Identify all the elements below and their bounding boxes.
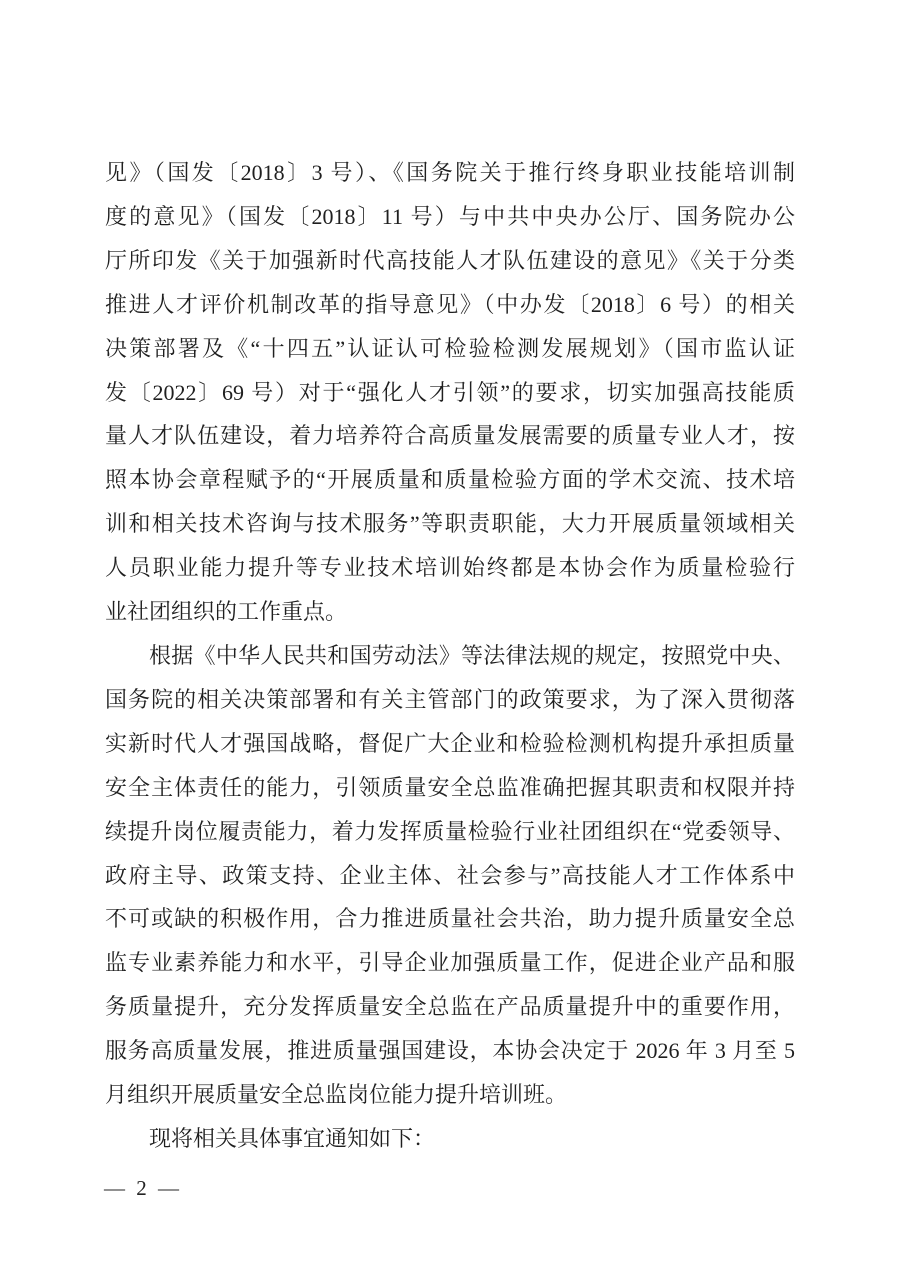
text-line: 见》（国发〔2018〕3 号）、《国务院关于推行终身职业技能培训制 — [105, 151, 795, 195]
document-page: 见》（国发〔2018〕3 号）、《国务院关于推行终身职业技能培训制度的意见》（国… — [0, 0, 900, 1273]
text-line: 发〔2022〕69 号）对于“强化人才引领”的要求，切实加强高技能质 — [105, 371, 795, 415]
paragraph: 见》（国发〔2018〕3 号）、《国务院关于推行终身职业技能培训制度的意见》（国… — [105, 151, 795, 634]
text-line: 根据《中华人民共和国劳动法》等法律法规的规定，按照党中央、 — [105, 634, 795, 678]
text-line: 月组织开展质量安全总监岗位能力提升培训班。 — [105, 1073, 795, 1117]
text-line: 务质量提升，充分发挥质量安全总监在产品质量提升中的重要作用， — [105, 985, 795, 1029]
text-line: 政府主导、政策支持、企业主体、社会参与”高技能人才工作体系中 — [105, 854, 795, 898]
text-line: 续提升岗位履责能力，着力发挥质量检验行业社团组织在“党委领导、 — [105, 810, 795, 854]
text-line: 安全主体责任的能力，引领质量安全总监准确把握其职责和权限并持 — [105, 766, 795, 810]
text-line: 国务院的相关决策部署和有关主管部门的政策要求，为了深入贯彻落 — [105, 678, 795, 722]
paragraph: 根据《中华人民共和国劳动法》等法律法规的规定，按照党中央、国务院的相关决策部署和… — [105, 634, 795, 1117]
text-line: 不可或缺的积极作用，合力推进质量社会共治，助力提升质量安全总 — [105, 897, 795, 941]
text-line: 监专业素养能力和水平，引导企业加强质量工作，促进企业产品和服 — [105, 941, 795, 985]
document-body: 见》（国发〔2018〕3 号）、《国务院关于推行终身职业技能培训制度的意见》（国… — [105, 151, 795, 1161]
text-line: 厅所印发《关于加强新时代高技能人才队伍建设的意见》《关于分类 — [105, 239, 795, 283]
text-line: 度的意见》（国发〔2018〕11 号）与中共中央办公厅、国务院办公 — [105, 195, 795, 239]
text-line: 训和相关技术咨询与技术服务”等职责职能，大力开展质量领域相关 — [105, 502, 795, 546]
text-line: 照本协会章程赋予的“开展质量和质量检验方面的学术交流、技术培 — [105, 458, 795, 502]
text-line: 业社团组织的工作重点。 — [105, 590, 795, 634]
text-line: 人员职业能力提升等专业技术培训始终都是本协会作为质量检验行 — [105, 546, 795, 590]
text-line: 推进人才评价机制改革的指导意见》（中办发〔2018〕6 号）的相关 — [105, 283, 795, 327]
text-line: 决策部署及《“十四五”认证认可检验检测发展规划》（国市监认证 — [105, 327, 795, 371]
text-line: 量人才队伍建设，着力培养符合高质量发展需要的质量专业人才，按 — [105, 414, 795, 458]
paragraph: 现将相关具体事宜通知如下： — [105, 1117, 795, 1161]
text-line: 实新时代人才强国战略，督促广大企业和检验检测机构提升承担质量 — [105, 722, 795, 766]
text-line: 服务高质量发展，推进质量强国建设，本协会决定于 2026 年 3 月至 5 — [105, 1029, 795, 1073]
text-line: 现将相关具体事宜通知如下： — [105, 1117, 795, 1161]
page-number: — 2 — — [104, 1176, 182, 1200]
